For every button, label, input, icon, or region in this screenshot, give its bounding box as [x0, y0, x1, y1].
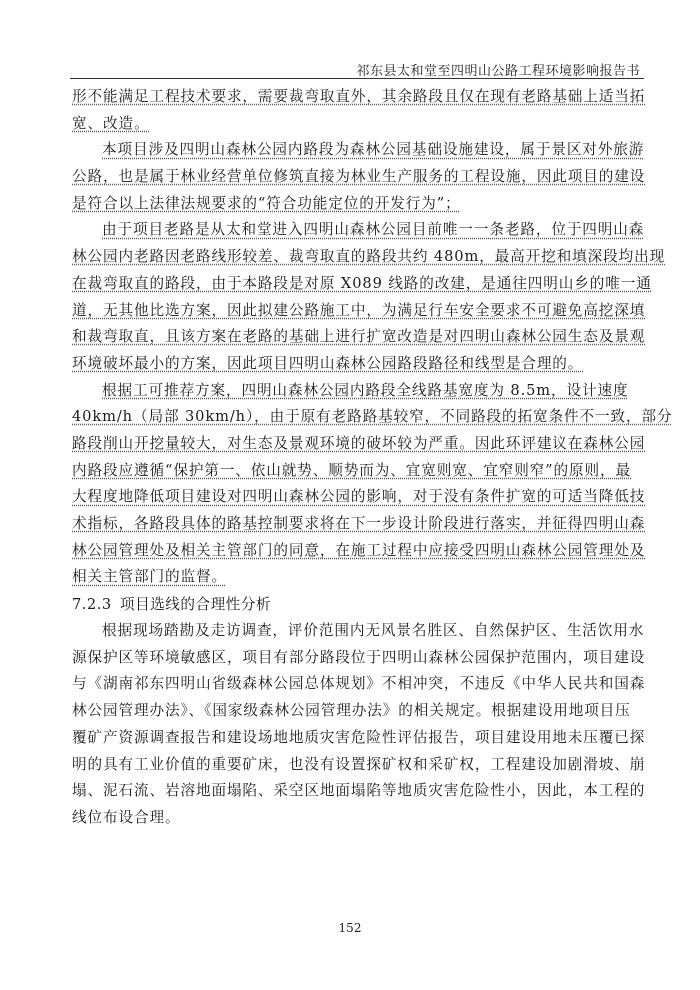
text-line: 40km/h（局部 30km/h），由于原有老路路基较窄，不同路段的拓宽条件不一…	[72, 404, 650, 431]
text-line: 公路，也是属于林业经营单位修筑直接为林业生产服务的工程设施，因此项目的建设	[72, 164, 650, 191]
text-line: 与《湖南祁东四明山省级森林公园总体规划》不相冲突，不违反《中华人民共和国森	[72, 671, 650, 698]
text-line: 内路段应遵循“保护第一、依山就势、顺势而为、宜宽则宽、宜窄则窄”的原则，最	[72, 458, 650, 485]
text-line: 在裁弯取直的路段，由于本路段是对原 X089 线路的改建，是通往四明山乡的唯一通	[72, 271, 650, 298]
page-header: 祁东县太和堂至四明山公路工程环境影响报告书	[70, 58, 644, 79]
text-line: 根据现场踏勘及走访调查，评价范围内无风景名胜区、自然保护区、生活饮用水	[72, 618, 650, 645]
text-line: 形不能满足工程技术要求，需要裁弯取直外，其余路段且仅在现有老路基础上适当拓	[72, 84, 650, 111]
text-line: 覆矿产资源调查报告和建设场地地质灾害危险性评估报告，项目建设用地未压覆已探	[72, 725, 650, 752]
text-line: 相关主管部门的监督。	[72, 564, 650, 591]
text-line: 环境破坏最小的方案，因此项目四明山森林公园路段路径和线型是合理的。	[72, 351, 650, 378]
text-line: 路段削山开挖量较大，对生态及景观环境的破坏较为严重。因此环评建议在森林公园	[72, 431, 650, 458]
text-line: 道，无其他比选方案，因此拟建公路施工中，为满足行车安全要求不可避免高挖深填	[72, 298, 650, 325]
page-number: 152	[0, 921, 700, 935]
text-line: 术指标，各路段具体的路基控制要求将在下一步设计阶段进行落实，并征得四明山森	[72, 511, 650, 538]
text-line: 和裁弯取直，且该方案在老路的基础上进行扩宽改造是对四明山森林公园生态及景观	[72, 324, 650, 351]
text-line: 林公园管理办法》、《国家级森林公园管理办法》的相关规定。根据建设用地项目压	[72, 698, 650, 725]
text-line: 线位布设合理。	[72, 805, 650, 832]
paragraph: 根据现场踏勘及走访调查，评价范围内无风景名胜区、自然保护区、生活饮用水 源保护区…	[72, 618, 650, 832]
text-line: 源保护区等环境敏感区，项目有部分路段位于四明山森林公园保护范围内，项目建设	[72, 645, 650, 672]
paragraph: 本项目涉及四明山森林公园内路段为森林公园基础设施建设，属于景区对外旅游 公路，也…	[72, 137, 650, 217]
text-line: 宽、改造。	[72, 111, 650, 138]
section-title: 项目选线的合理性分析	[120, 596, 271, 613]
section-heading: 7.2.3项目选线的合理性分析	[72, 591, 650, 618]
text-line: 林公园内老路因老路线形较差、裁弯取直的路段共约 480m，最高开挖和填深段均出现	[72, 244, 650, 271]
text-line: 本项目涉及四明山森林公园内路段为森林公园基础设施建设，属于景区对外旅游	[72, 137, 650, 164]
document-title: 祁东县太和堂至四明山公路工程环境影响报告书	[356, 60, 640, 79]
text-line: 大程度地降低项目建设对四明山森林公园的影响，对于没有条件扩宽的可适当降低技	[72, 484, 650, 511]
paragraph: 根据工可推荐方案，四明山森林公园内路段全线路基宽度为 8.5m，设计速度 40k…	[72, 378, 650, 592]
paragraph: 形不能满足工程技术要求，需要裁弯取直外，其余路段且仅在现有老路基础上适当拓 宽、…	[72, 84, 650, 137]
text-line: 林公园管理处及相关主管部门的同意，在施工过程中应接受四明山森林公园管理处及	[72, 538, 650, 565]
text-line: 塌、泥石流、岩溶地面塌陷、采空区地面塌陷等地质灾害危险性小，因此，本工程的	[72, 778, 650, 805]
section-number: 7.2.3	[72, 591, 120, 618]
text-line: 明的具有工业价值的重要矿床，也没有设置探矿权和采矿权，工程建设加剧滑坡、崩	[72, 752, 650, 779]
text-line: 根据工可推荐方案，四明山森林公园内路段全线路基宽度为 8.5m，设计速度	[72, 378, 650, 405]
text-line: 是符合以上法律法规要求的“符合功能定位的开发行为”；	[72, 191, 650, 218]
paragraph: 由于项目老路是从太和堂进入四明山森林公园目前唯一一条老路，位于四明山森 林公园内…	[72, 217, 650, 377]
text-line: 由于项目老路是从太和堂进入四明山森林公园目前唯一一条老路，位于四明山森	[72, 217, 650, 244]
document-body: 形不能满足工程技术要求，需要裁弯取直外，其余路段且仅在现有老路基础上适当拓 宽、…	[72, 84, 650, 832]
